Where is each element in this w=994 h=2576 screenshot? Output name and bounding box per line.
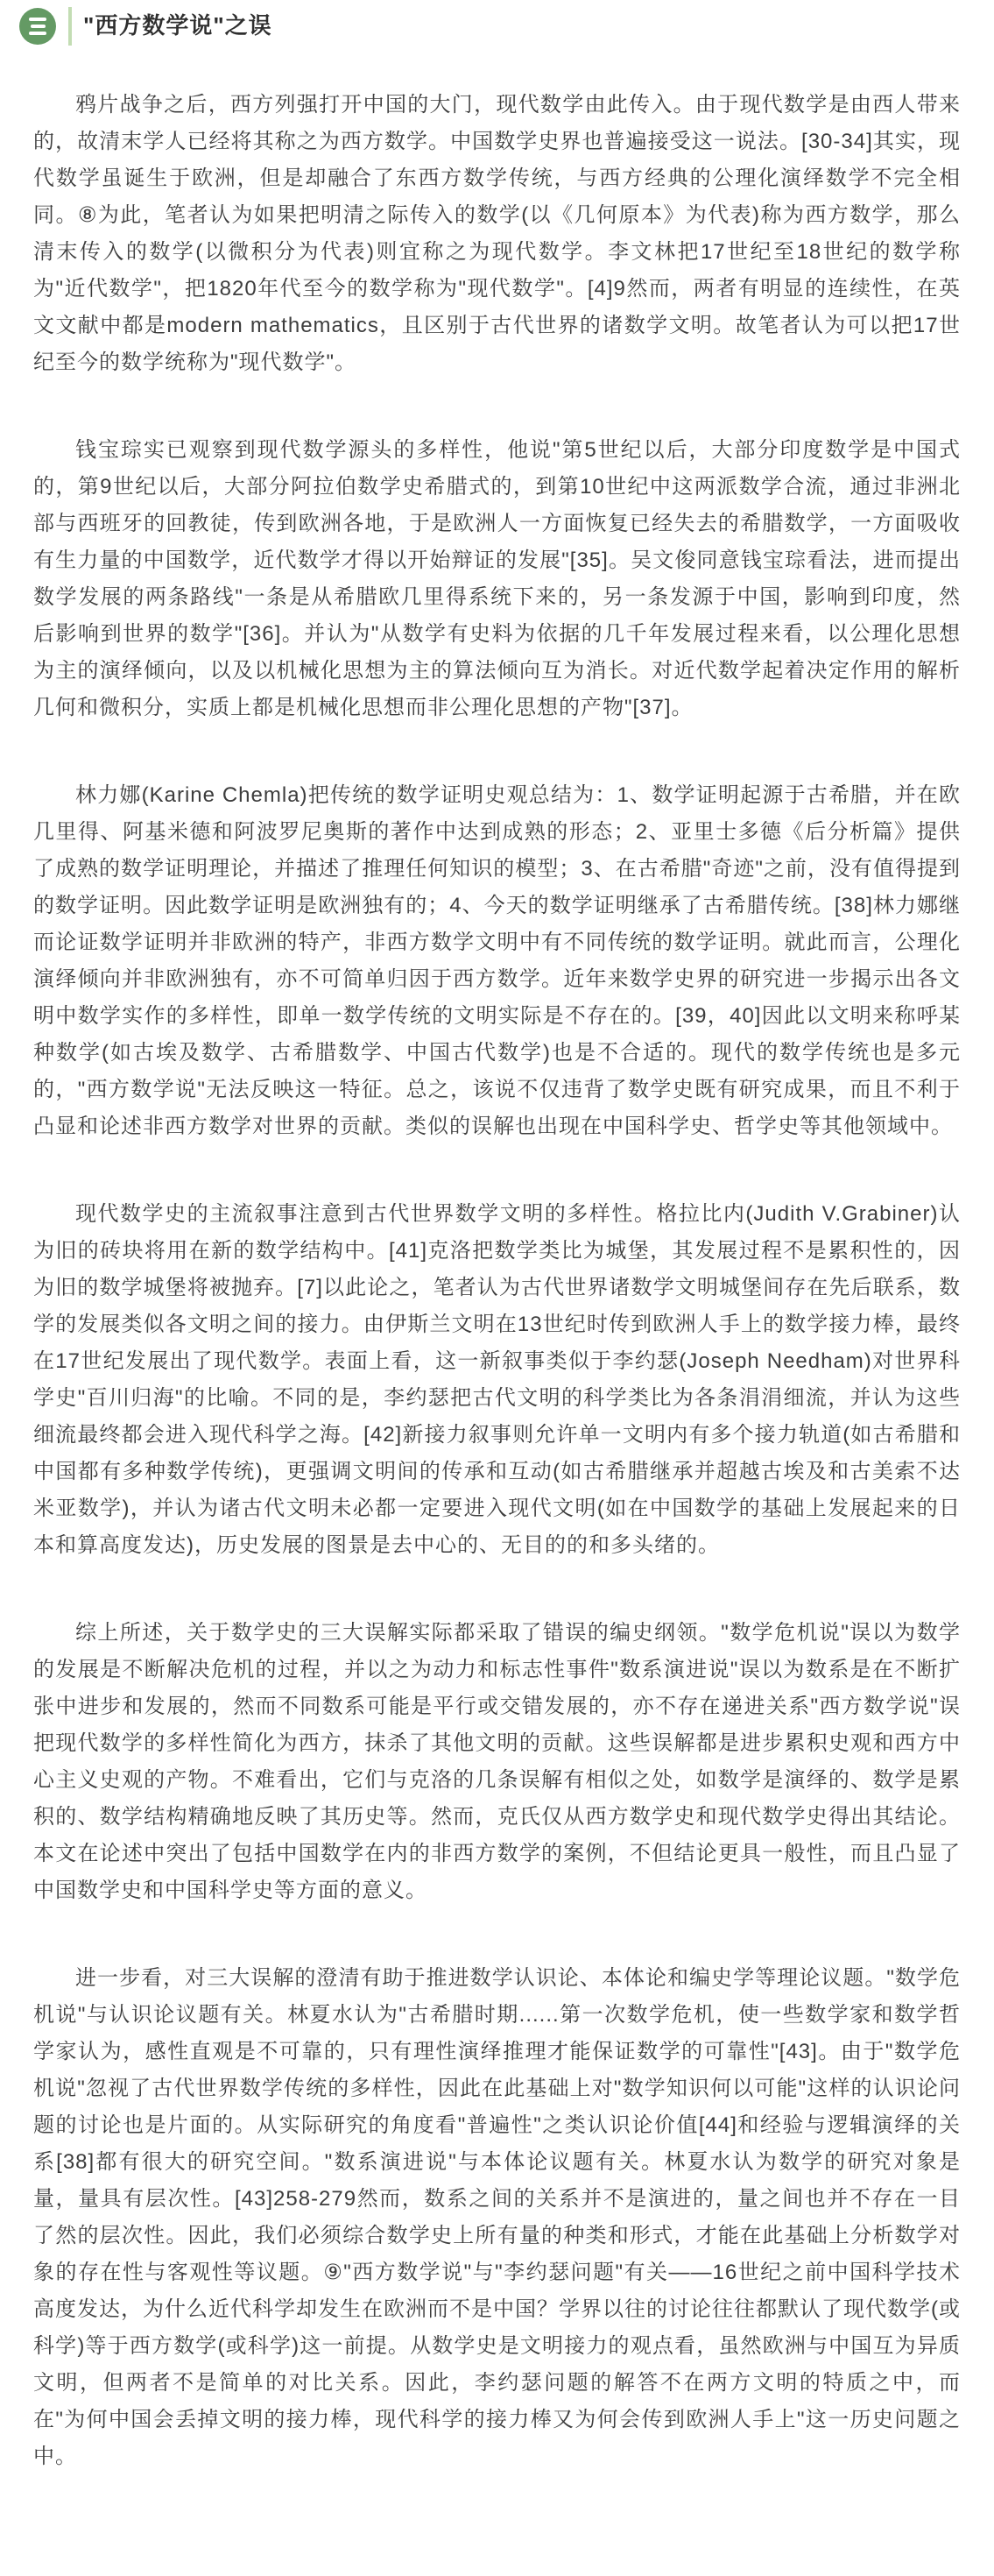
paragraph-4: 现代数学史的主流叙事注意到古代世界数学文明的多样性。格拉比内(Judith V.… [33,1196,961,1564]
page-title: "西方数学说"之误 [83,12,272,39]
paragraph-3: 林力娜(Karine Chemla)把传统的数学证明史观总结为：1、数学证明起源… [33,777,961,1145]
list-menu-icon [19,8,56,45]
title-accent-bar [68,7,72,46]
menu-bar-top [29,18,46,21]
menu-bar-middle [31,25,46,28]
paragraph-2: 钱宝琮实已观察到现代数学源头的多样性，他说"第5世纪以后，大部分印度数学是中国式… [33,432,961,726]
paragraph-1: 鸦片战争之后，西方列强打开中国的大门，现代数学由此传入。由于现代数学是由西人带来… [33,87,961,381]
paragraph-6: 进一步看，对三大误解的澄清有助于推进数学认识论、本体论和编史学等理论议题。"数学… [33,1960,961,2475]
paragraph-5: 综上所述，关于数学史的三大误解实际都采取了错误的编史纲领。"数学危机说"误以为数… [33,1615,961,1909]
article-body: 鸦片战争之后，西方列强打开中国的大门，现代数学由此传入。由于现代数学是由西人带来… [0,46,994,2493]
section-header: "西方数学说"之误 [0,0,994,46]
menu-bar-bottom [29,32,46,35]
